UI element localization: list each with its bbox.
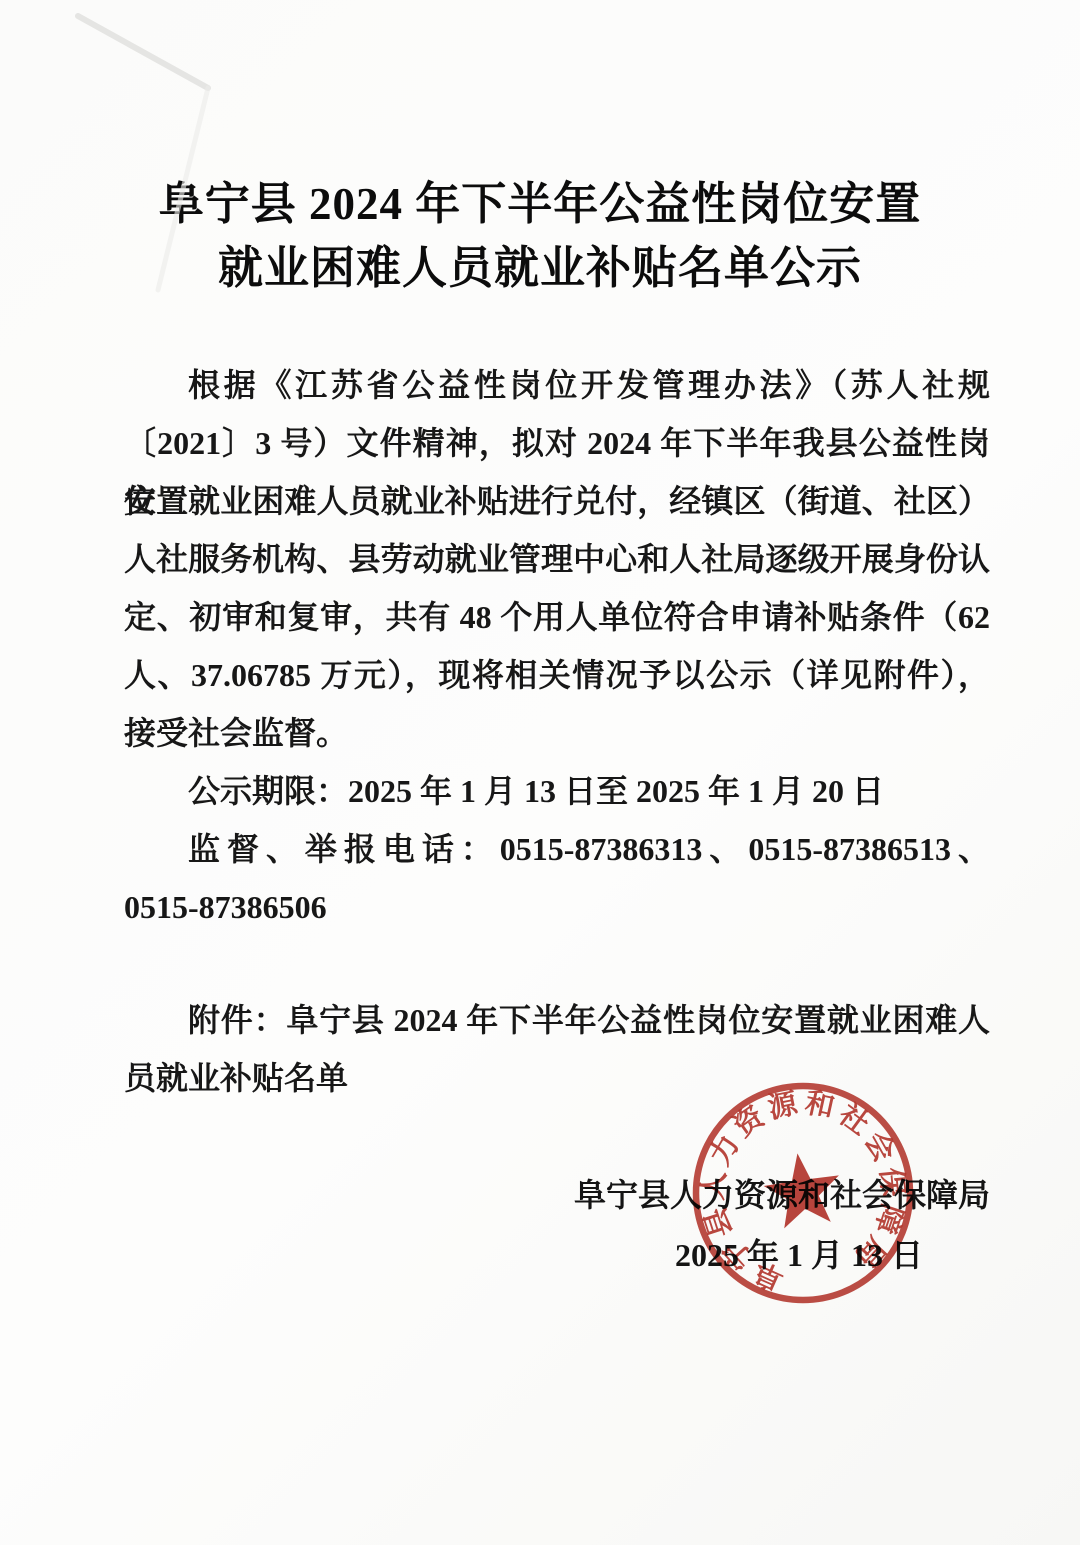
official-seal: 阜宁县人力资源和社会保障局 bbox=[683, 1073, 923, 1313]
body-line: 人社服务机构、县劳动就业管理中心和人社局逐级开展身份认 bbox=[124, 530, 990, 588]
body-line-publicity-period: 公示期限：2025 年 1 月 13 日至 2025 年 1 月 20 日 bbox=[124, 762, 990, 820]
document-title: 阜宁县 2024 年下半年公益性岗位安置 就业困难人员就业补贴名单公示 bbox=[0, 172, 1080, 300]
document-title-line-1: 阜宁县 2024 年下半年公益性岗位安置 bbox=[0, 172, 1080, 236]
body-line: 〔2021〕3 号）文件精神，拟对 2024 年下半年我县公益性岗位 bbox=[124, 414, 990, 472]
body-line: 定、初审和复审，共有 48 个用人单位符合申请补贴条件（62 bbox=[124, 588, 990, 646]
body-line: 接受社会监督。 bbox=[124, 704, 990, 762]
body-text: 根据《江苏省公益性岗位开发管理办法》（苏人社规 〔2021〕3 号）文件精神，拟… bbox=[124, 356, 990, 936]
attachment-line: 附件：阜宁县 2024 年下半年公益性岗位安置就业困难人 bbox=[124, 991, 990, 1049]
body-line: 安置就业困难人员就业补贴进行兑付，经镇区（街道、社区） bbox=[124, 472, 990, 530]
body-line: 根据《江苏省公益性岗位开发管理办法》（苏人社规 bbox=[124, 356, 990, 414]
body-line: 人、37.06785 万元），现将相关情况予以公示（详见附件）， bbox=[124, 646, 990, 704]
star-icon bbox=[760, 1148, 845, 1230]
body-line-phone-numbers: 0515-87386506 bbox=[124, 878, 990, 936]
document-title-line-2: 就业困难人员就业补贴名单公示 bbox=[0, 236, 1080, 300]
notice-page: 阜宁县 2024 年下半年公益性岗位安置 就业困难人员就业补贴名单公示 根据《江… bbox=[0, 0, 1080, 1545]
body-line-phone-numbers: 监督、举报电话：0515-87386313、0515-87386513、 bbox=[124, 820, 990, 878]
